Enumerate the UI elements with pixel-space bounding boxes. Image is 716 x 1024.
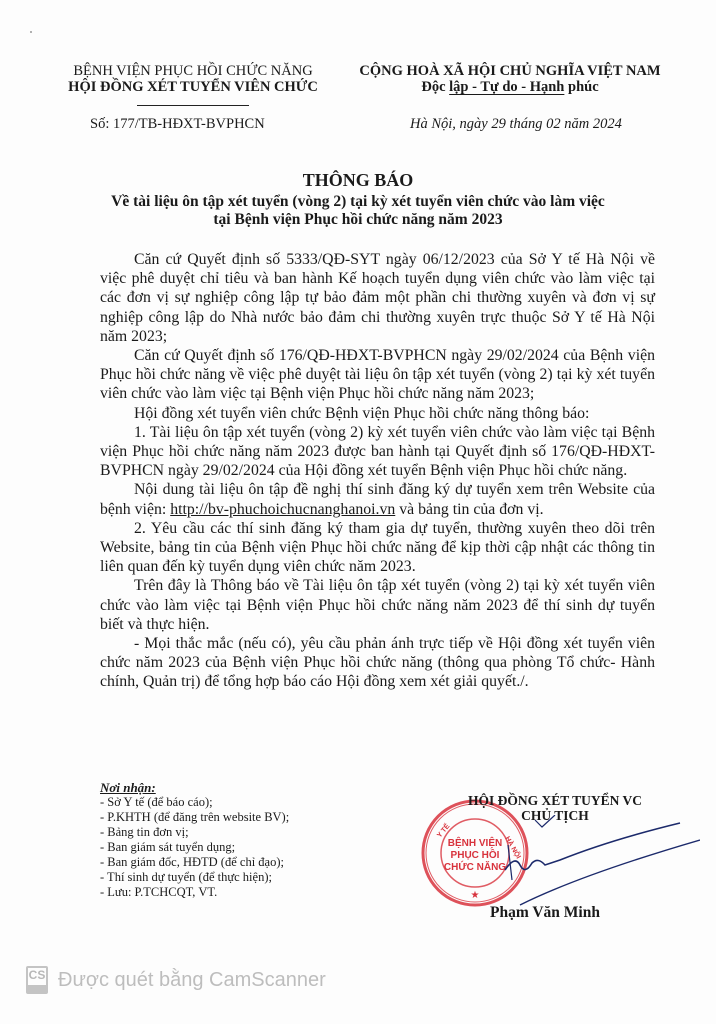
motto-post: phúc: [564, 79, 598, 95]
recipient-item: - Bảng tin đơn vị;: [100, 825, 360, 840]
paragraph-website: Nội dung tài liệu ôn tập đề nghị thí sin…: [100, 480, 655, 518]
paragraph-closing: Trên đây là Thông báo về Tài liệu ôn tập…: [100, 576, 655, 634]
national-motto: Độc lập - Tự do - Hạnh phúc: [340, 79, 680, 95]
document-number: Số: 177/TB-HĐXT-BVPHCN: [90, 116, 265, 133]
paragraph-inquiries: - Mọi thắc mắc (nếu có), yêu cầu phản án…: [100, 634, 655, 692]
svg-text:BỆNH VIỆN: BỆNH VIỆN: [448, 836, 502, 849]
handwritten-signature-icon: [500, 815, 700, 915]
paragraph-legal-basis-2: Căn cứ Quyết định số 176/QĐ-HĐXT-BVPHCN …: [100, 346, 655, 404]
svg-text:PHỤC HỒI: PHỤC HỒI: [451, 848, 500, 861]
recipient-item: - Sở Y tế (để báo cáo);: [100, 795, 360, 810]
subtitle-line-2: tại Bệnh viện Phục hồi chức năng năm 202…: [60, 211, 656, 229]
signer-name: Phạm Văn Minh: [440, 904, 650, 922]
camscanner-logo-icon: CS: [26, 966, 48, 994]
website-text-end: và bảng tin của đơn vị.: [395, 501, 543, 518]
paragraph-item-1: 1. Tài liệu ôn tập xét tuyển (vòng 2) kỳ…: [100, 423, 655, 481]
svg-text:★: ★: [471, 890, 480, 901]
org-line-1: BỆNH VIỆN PHỤC HỒI CHỨC NĂNG: [58, 63, 328, 79]
paragraph-legal-basis-1: Căn cứ Quyết định số 5333/QĐ-SYT ngày 06…: [100, 250, 655, 346]
motto-underlined: lập - Tự do - Hạnh: [449, 79, 564, 95]
recipient-item: - Ban giám đốc, HĐTD (để chỉ đạo);: [100, 855, 360, 870]
hospital-website-link[interactable]: http://bv-phuchoichucnanghanoi.vn: [170, 501, 395, 518]
paragraph-announcement-intro: Hội đồng xét tuyển viên chức Bệnh viện P…: [100, 404, 655, 423]
svg-text:Y TẾ: Y TẾ: [434, 821, 452, 840]
paragraph-item-2: 2. Yêu cầu các thí sinh đăng ký tham gia…: [100, 519, 655, 577]
org-divider: [137, 105, 249, 106]
watermark-text: Được quét bằng CamScanner: [58, 969, 326, 992]
document-subtitle: Về tài liệu ôn tập xét tuyển (vòng 2) tạ…: [60, 193, 656, 229]
recipient-item: - P.KHTH (để đăng trên website BV);: [100, 810, 360, 825]
document-date: Hà Nội, ngày 29 tháng 02 năm 2024: [410, 116, 622, 133]
camscanner-watermark: CS Được quét bằng CamScanner: [26, 966, 326, 994]
motto-pre: Độc: [421, 79, 449, 95]
scanned-document-page: BỆNH VIỆN PHỤC HỒI CHỨC NĂNG HỘI ĐỒNG XÉ…: [0, 0, 716, 1024]
recipient-item: - Thí sinh dự tuyển (để thực hiện);: [100, 870, 360, 885]
nation-title: CỘNG HOÀ XÃ HỘI CHỦ NGHĨA VIỆT NAM: [340, 63, 680, 79]
org-line-2: HỘI ĐỒNG XÉT TUYỂN VIÊN CHỨC: [58, 79, 328, 95]
recipients-heading: Nơi nhận:: [100, 780, 360, 795]
subtitle-line-1: Về tài liệu ôn tập xét tuyển (vòng 2) tạ…: [60, 193, 656, 211]
recipient-item: - Ban giám sát tuyển dụng;: [100, 840, 360, 855]
document-body: Căn cứ Quyết định số 5333/QĐ-SYT ngày 06…: [100, 250, 655, 692]
svg-text:CHỨC NĂNG: CHỨC NĂNG: [444, 860, 506, 873]
national-header: CỘNG HOÀ XÃ HỘI CHỦ NGHĨA VIỆT NAM Độc l…: [340, 63, 680, 95]
recipient-item: - Lưu: P.TCHCQT, VT.: [100, 885, 360, 900]
signing-body: HỘI ĐỒNG XÉT TUYỂN VC: [420, 793, 690, 808]
document-title: THÔNG BÁO: [60, 170, 656, 191]
scan-speck: [30, 31, 32, 33]
recipients-list: Nơi nhận: - Sở Y tế (để báo cáo); - P.KH…: [100, 780, 360, 900]
issuing-organization: BỆNH VIỆN PHỤC HỒI CHỨC NĂNG HỘI ĐỒNG XÉ…: [58, 63, 328, 106]
